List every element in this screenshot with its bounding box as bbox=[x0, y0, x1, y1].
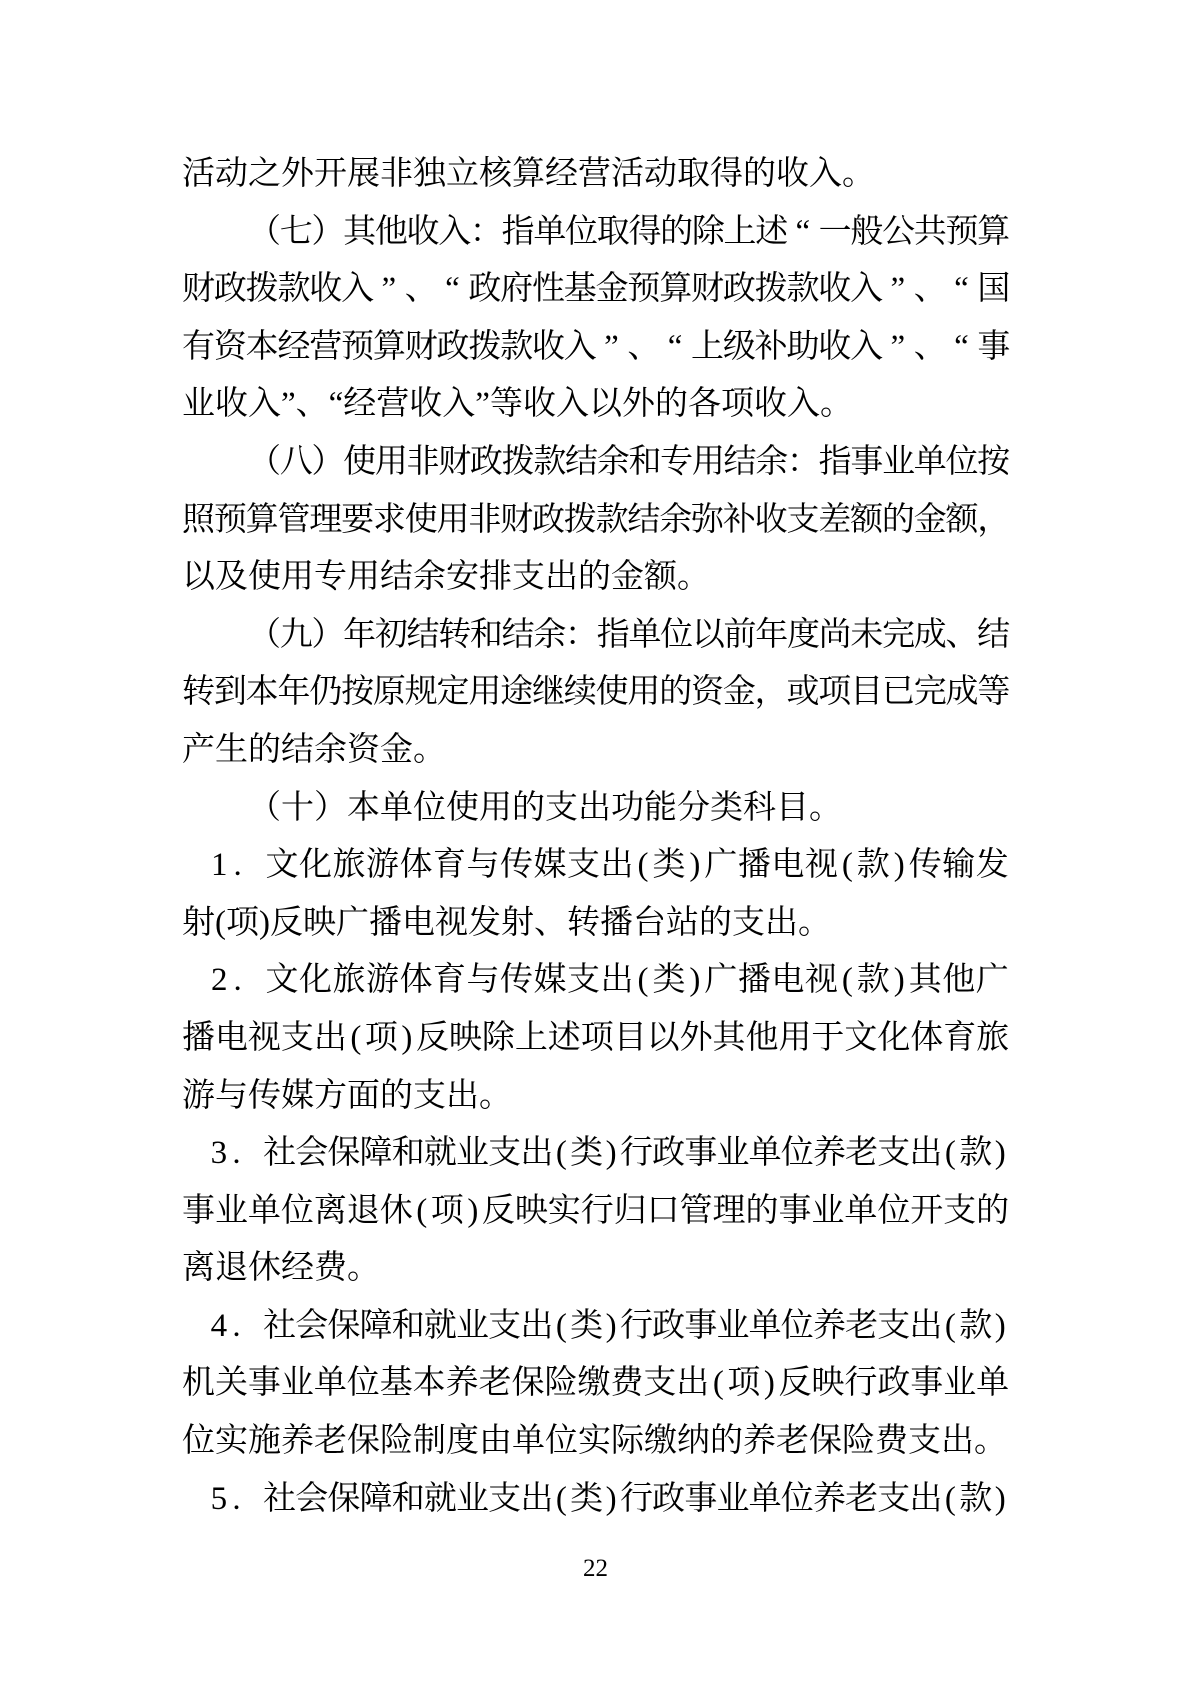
text-line: 转到本年仍按原规定用途继续使用的资金，或项目已完成等 bbox=[182, 664, 1009, 722]
text-line: 离退休经费。 bbox=[182, 1240, 1009, 1298]
text-line: （八）使用非财政拨款结余和专用结余：指事业单位按 bbox=[182, 434, 1009, 492]
text-line: 事业单位离退休(项)反映实行归口管理的事业单位开支的 bbox=[182, 1183, 1009, 1241]
text-line: 1. 文化旅游体育与传媒支出(类)广播电视(款)传输发 bbox=[182, 837, 1009, 895]
text-line: 游与传媒方面的支出。 bbox=[182, 1068, 1009, 1126]
text-line: 照预算管理要求使用非财政拨款结余弥补收支差额的金额， bbox=[182, 492, 1009, 550]
text-line: 有资本经营预算财政拨款收入”、“上级补助收入”、“事 bbox=[182, 319, 1009, 377]
document-body: 活动之外开展非独立核算经营活动取得的收入。 （七）其他收入：指单位取得的除上述“… bbox=[182, 146, 1009, 1528]
text-line: 以及使用专用结余安排支出的金额。 bbox=[182, 549, 1009, 607]
text-line: 业收入”、“经营收入”等收入以外的各项收入。 bbox=[182, 376, 1009, 434]
text-line: 3. 社会保障和就业支出(类)行政事业单位养老支出(款) bbox=[182, 1125, 1009, 1183]
text-line: 播电视支出(项)反映除上述项目以外其他用于文化体育旅 bbox=[182, 1010, 1009, 1068]
text-line: 4. 社会保障和就业支出(类)行政事业单位养老支出(款) bbox=[182, 1298, 1009, 1356]
text-line: 2. 文化旅游体育与传媒支出(类)广播电视(款)其他广 bbox=[182, 952, 1009, 1010]
text-line: （九）年初结转和结余：指单位以前年度尚未完成、结 bbox=[182, 607, 1009, 665]
text-line: 射(项)反映广播电视发射、转播台站的支出。 bbox=[182, 895, 1009, 953]
text-line: 财政拨款收入”、“政府性基金预算财政拨款收入”、“国 bbox=[182, 261, 1009, 319]
text-line: （七）其他收入：指单位取得的除上述“一般公共预算 bbox=[182, 204, 1009, 262]
text-line: （十）本单位使用的支出功能分类科目。 bbox=[182, 780, 1009, 838]
text-line: 机关事业单位基本养老保险缴费支出(项)反映行政事业单 bbox=[182, 1355, 1009, 1413]
page-number: 22 bbox=[0, 1552, 1191, 1586]
text-line: 5. 社会保障和就业支出(类)行政事业单位养老支出(款) bbox=[182, 1471, 1009, 1529]
document-page: 活动之外开展非独立核算经营活动取得的收入。 （七）其他收入：指单位取得的除上述“… bbox=[0, 0, 1191, 1684]
text-line: 位实施养老保险制度由单位实际缴纳的养老保险费支出。 bbox=[182, 1413, 1009, 1471]
text-line: 产生的结余资金。 bbox=[182, 722, 1009, 780]
text-line: 活动之外开展非独立核算经营活动取得的收入。 bbox=[182, 146, 1009, 204]
